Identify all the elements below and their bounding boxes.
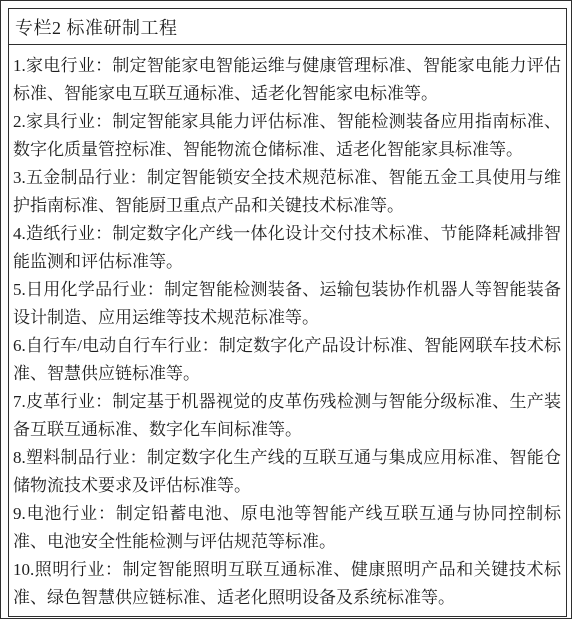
item-label: 6.自行车/电动自行车行业： xyxy=(13,336,219,355)
item-label: 10.照明行业： xyxy=(13,560,123,579)
standard-item: 7.皮革行业：制定基于机器视觉的皮革伤残检测与智能分级标准、生产装备互联互通标准… xyxy=(13,388,561,444)
standard-item: 2.家具行业：制定智能家具能力评估标准、智能检测装备应用指南标准、数字化质量管控… xyxy=(13,108,561,164)
box-title-row: 专栏2 标准研制工程 xyxy=(9,9,566,45)
standard-item: 8.塑料制品行业：制定数字化生产线的互联互通与集成应用标准、智能仓储物流技术要求… xyxy=(13,444,561,500)
document-page: 专栏2 标准研制工程 1.家电行业：制定智能家电智能运维与健康管理标准、智能家电… xyxy=(0,0,575,630)
standard-item: 1.家电行业：制定智能家电智能运维与健康管理标准、智能家电能力评估标准、智能家电… xyxy=(13,52,561,108)
item-label: 8.塑料制品行业： xyxy=(13,448,147,467)
standard-item: 9.电池行业：制定铅蓄电池、原电池等智能产线互联互通与协同控制标准、电池安全性能… xyxy=(13,500,561,556)
item-label: 1.家电行业： xyxy=(13,56,112,75)
item-label: 3.五金制品行业： xyxy=(13,168,147,187)
standard-item: 5.日用化学品行业：制定智能检测装备、运输包装协作机器人等智能装备设计制造、应用… xyxy=(13,276,561,332)
box-title: 专栏2 标准研制工程 xyxy=(15,14,178,40)
standard-item: 4.造纸行业：制定数字化产线一体化设计交付技术标准、节能降耗减排智能监测和评估标… xyxy=(13,220,561,276)
item-label: 2.家具行业： xyxy=(13,112,112,131)
item-label: 5.日用化学品行业： xyxy=(13,280,164,299)
item-label: 9.电池行业： xyxy=(13,504,116,523)
item-label: 7.皮革行业： xyxy=(13,392,112,411)
item-label: 4.造纸行业： xyxy=(13,224,112,243)
standard-item: 6.自行车/电动自行车行业：制定数字化产品设计标准、智能网联车技术标准、智慧供应… xyxy=(13,332,561,388)
standards-box: 专栏2 标准研制工程 1.家电行业：制定智能家电智能运维与健康管理标准、智能家电… xyxy=(8,8,567,617)
standard-item: 10.照明行业：制定智能照明互联互通标准、健康照明产品和关键技术标准、绿色智慧供… xyxy=(13,556,561,612)
standard-item: 3.五金制品行业：制定智能锁安全技术规范标准、智能五金工具使用与维护指南标准、智… xyxy=(13,164,561,220)
box-body: 1.家电行业：制定智能家电智能运维与健康管理标准、智能家电能力评估标准、智能家电… xyxy=(9,45,566,612)
